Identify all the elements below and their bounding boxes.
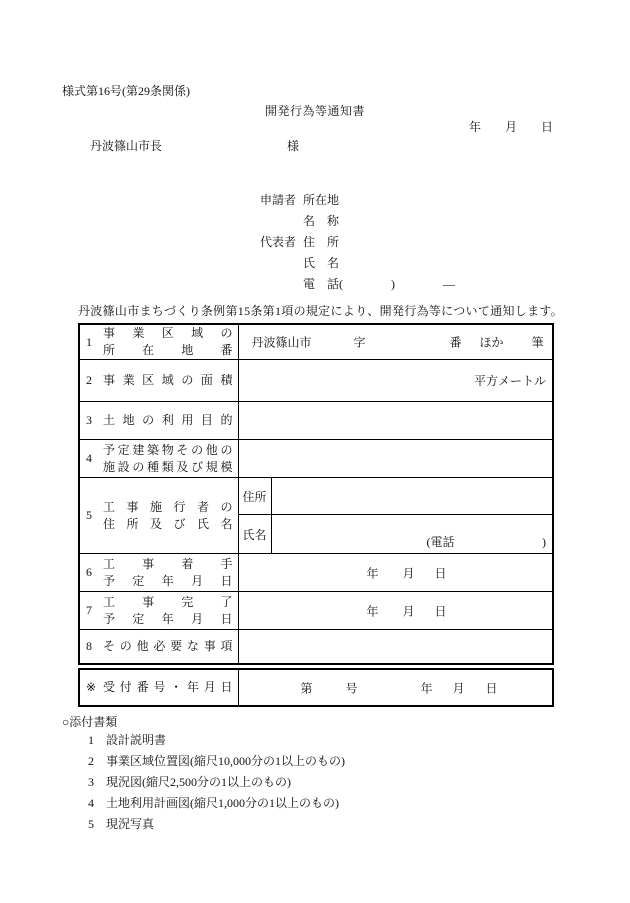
month-text: 月 <box>403 602 415 619</box>
receipt-go-text: 号 <box>346 679 358 696</box>
date-line: 年 月 日 <box>469 118 553 135</box>
receipt-value-cell: 第 号 年 月 日 <box>238 669 553 706</box>
row-number: 8 <box>86 639 103 654</box>
applicant-role-label <box>260 211 303 232</box>
year-text: 年 <box>367 564 379 581</box>
area-unit-text: 平方メートル <box>474 374 546 388</box>
row-3-label-cell: 3 土地の利用目的 <box>79 402 238 440</box>
day-text: 日 <box>435 602 447 619</box>
attachments-heading: ○添付書類 <box>62 713 117 730</box>
attachments-list: 1 設計説明書 2 事業区域位置図(縮尺10,000分の1以上のもの) 3 現況… <box>88 730 345 835</box>
receipt-label: 受付番号・年月日 <box>103 679 233 696</box>
row-label: 事業区域の面積 <box>103 372 233 389</box>
row-2-value-cell: 平方メートル <box>238 360 553 402</box>
receipt-dai-text: 第 <box>301 679 313 696</box>
attachment-item: 4 土地利用計画図(縮尺1,000分の1以上のもの) <box>88 793 345 814</box>
representative-line-phone: 電 話( ) ― <box>260 274 455 295</box>
applicant-section: 申請者 所在地 名 称 代表者 住 所 氏 名 電 話( ) ― <box>260 190 455 295</box>
attachment-number: 5 <box>88 814 106 835</box>
row-number: 1 <box>86 335 103 350</box>
row-label: その他必要な事項 <box>103 638 233 655</box>
document-page: 様式第16号(第29条関係) 開発行為等通知書 年 月 日 丹波篠山市長 様 申… <box>0 0 630 903</box>
attachment-text: 土地利用計画図(縮尺1,000分の1以上のもの) <box>106 793 339 814</box>
row-6-value-cell: 年 月 日 <box>238 554 553 592</box>
attachment-text: 設計説明書 <box>106 730 166 751</box>
contractor-address-label: 住所 <box>238 478 271 515</box>
receipt-mark: ※ <box>86 680 103 695</box>
representative-role-label: 代表者 <box>260 232 303 253</box>
attachment-text: 現況図(縮尺2,500分の1以上のもの) <box>106 772 291 793</box>
row-label: 事業区域の 所在地番 <box>103 325 233 359</box>
attachment-text: 現況写真 <box>106 814 154 835</box>
representative-field-label: 住 所 <box>303 232 339 253</box>
table-row-4: 4 予定建築物その他の 施設の種類及び規模 <box>79 440 553 478</box>
receipt-table: ※ 受付番号・年月日 第 号 年 月 日 <box>78 668 554 707</box>
representative-role-label <box>260 253 303 274</box>
site-city-text: 丹波篠山市 <box>252 334 312 351</box>
day-text: 日 <box>435 564 447 581</box>
page-title: 開発行為等通知書 <box>0 102 630 119</box>
phone-field-label: 電 話( ) ― <box>303 274 455 295</box>
table-row-8: 8 その他必要な事項 <box>79 630 553 664</box>
row-8-label-cell: 8 その他必要な事項 <box>79 630 238 664</box>
row-number: 5 <box>86 508 103 523</box>
applicant-line-name: 名 称 <box>260 211 455 232</box>
row-3-value-cell <box>238 402 553 440</box>
receipt-row: ※ 受付番号・年月日 第 号 年 月 日 <box>79 669 553 706</box>
applicant-field-label: 名 称 <box>303 211 339 232</box>
attachment-item: 2 事業区域位置図(縮尺10,000分の1以上のもの) <box>88 751 345 772</box>
row-7-label-cell: 7 工事完了 予定年月日 <box>79 592 238 630</box>
site-aza-text: 字 <box>354 334 366 351</box>
row-number: 7 <box>86 603 103 618</box>
table-row-2: 2 事業区域の面積 平方メートル <box>79 360 553 402</box>
phone-open-text: (電話 <box>427 533 455 550</box>
row-4-label-cell: 4 予定建築物その他の 施設の種類及び規模 <box>79 440 238 478</box>
site-hoka-text: ほか <box>480 334 504 351</box>
phone-close-text: ) <box>542 535 546 550</box>
row-5-label-cell: 5 工事施行者の 住所及び氏名 <box>79 478 238 554</box>
statement-text: 丹波篠山市まちづくり条例第15条第1項の規定により、開発行為等について通知します… <box>78 302 563 319</box>
notification-table: 1 事業区域の 所在地番 丹波篠山市 字 番 ほか 筆 2 <box>78 323 554 665</box>
contractor-address-value-cell <box>271 478 553 515</box>
site-fude-text: 筆 <box>532 334 544 351</box>
table-row-1: 1 事業区域の 所在地番 丹波篠山市 字 番 ほか 筆 <box>79 324 553 360</box>
row-label: 予定建築物その他の 施設の種類及び規模 <box>103 442 233 476</box>
attachment-number: 2 <box>88 751 106 772</box>
row-number: 6 <box>86 565 103 580</box>
row-number: 2 <box>86 373 103 388</box>
addressee-name: 丹波篠山市長 <box>90 137 162 154</box>
year-text: 年 <box>367 602 379 619</box>
row-number: 3 <box>86 413 103 428</box>
month-text: 月 <box>403 564 415 581</box>
table-row-3: 3 土地の利用目的 <box>79 402 553 440</box>
row-6-label-cell: 6 工事着手 予定年月日 <box>79 554 238 592</box>
attachment-number: 1 <box>88 730 106 751</box>
table-row-6: 6 工事着手 予定年月日 年 月 日 <box>79 554 553 592</box>
attachment-text: 事業区域位置図(縮尺10,000分の1以上のもの) <box>106 751 345 772</box>
addressee-honorific: 様 <box>287 137 299 154</box>
contractor-name-label: 氏名 <box>238 515 271 554</box>
representative-line-address: 代表者 住 所 <box>260 232 455 253</box>
row-8-value-cell <box>238 630 553 664</box>
representative-line-name: 氏 名 <box>260 253 455 274</box>
site-ban-text: 番 <box>450 334 462 351</box>
applicant-line-location: 申請者 所在地 <box>260 190 455 211</box>
row-label: 土地の利用目的 <box>103 412 233 429</box>
attachment-number: 4 <box>88 793 106 814</box>
receipt-day-text: 日 <box>486 679 498 696</box>
attachment-number: 3 <box>88 772 106 793</box>
applicant-field-label: 所在地 <box>303 190 339 211</box>
row-1-value-cell: 丹波篠山市 字 番 ほか 筆 <box>238 324 553 360</box>
contractor-name-value-cell: (電話 ) <box>271 515 553 554</box>
row-label: 工事着手 予定年月日 <box>103 556 233 590</box>
attachment-item: 3 現況図(縮尺2,500分の1以上のもの) <box>88 772 345 793</box>
table-row-5-address: 5 工事施行者の 住所及び氏名 住所 <box>79 478 553 515</box>
row-2-label-cell: 2 事業区域の面積 <box>79 360 238 402</box>
receipt-month-text: 月 <box>453 679 465 696</box>
representative-role-label <box>260 274 303 295</box>
row-label: 工事施行者の 住所及び氏名 <box>103 499 233 533</box>
row-7-value-cell: 年 月 日 <box>238 592 553 630</box>
row-4-value-cell <box>238 440 553 478</box>
table-row-7: 7 工事完了 予定年月日 年 月 日 <box>79 592 553 630</box>
receipt-label-cell: ※ 受付番号・年月日 <box>79 669 238 706</box>
form-number: 様式第16号(第29条関係) <box>62 82 190 99</box>
row-label: 工事完了 予定年月日 <box>103 594 233 628</box>
row-1-label-cell: 1 事業区域の 所在地番 <box>79 324 238 360</box>
representative-field-label: 氏 名 <box>303 253 339 274</box>
attachment-item: 5 現況写真 <box>88 814 345 835</box>
row-number: 4 <box>86 451 103 466</box>
applicant-role-label: 申請者 <box>260 190 303 211</box>
attachment-item: 1 設計説明書 <box>88 730 345 751</box>
receipt-year-text: 年 <box>421 679 433 696</box>
